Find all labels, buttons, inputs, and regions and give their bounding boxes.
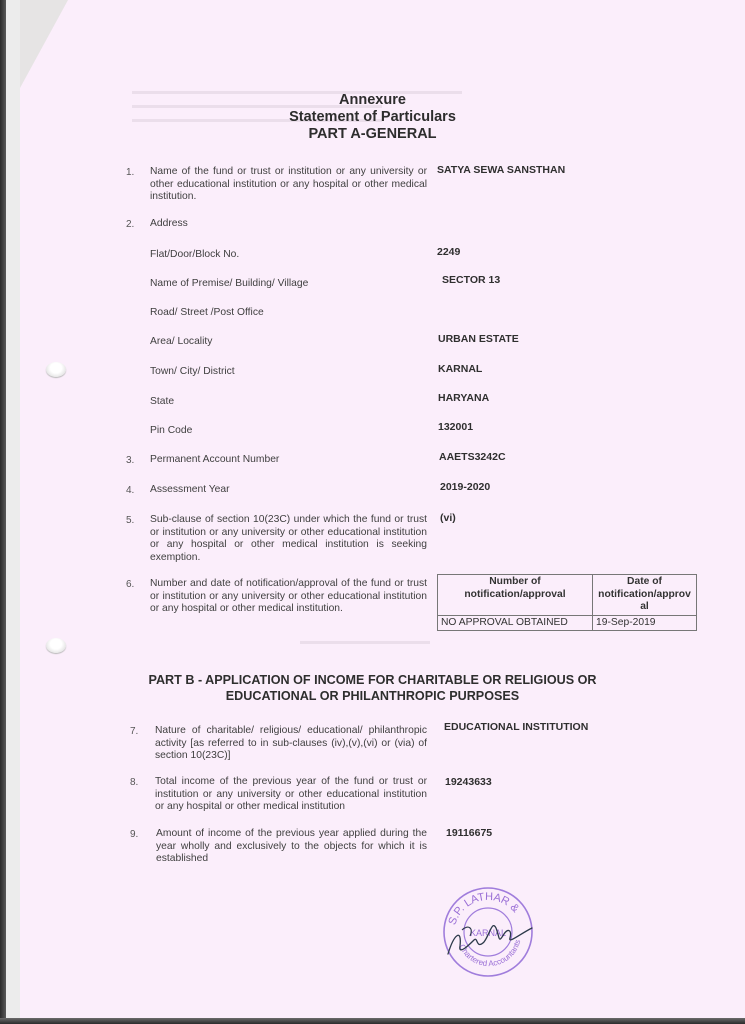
item-number: 5. [126,515,134,526]
item-number: 9. [130,829,138,840]
item-number: 1. [126,167,134,178]
value-total-income: 19243633 [445,776,492,788]
item-label-pan: Permanent Account Number [150,454,427,467]
part-b-title-line2: EDUCATIONAL OR PHILANTHROPIC PURPOSES [0,688,745,704]
address-value-pin: 132001 [438,421,473,433]
item-label-total-income: Total income of the previous year of the… [155,776,427,814]
punch-hole-icon [46,362,66,377]
value-pan: AAETS3242C [439,451,506,463]
address-label-flat: Flat/Door/Block No. [150,249,427,262]
table-cell-number: NO APPROVAL OBTAINED [438,615,593,631]
item-number: 3. [126,455,134,466]
statement-title: Statement of Particulars [0,109,745,125]
value-nature-of-activity: EDUCATIONAL INSTITUTION [444,721,588,733]
address-value-flat: 2249 [437,246,460,258]
address-label-state: State [150,396,427,409]
item-number: 6. [126,579,134,590]
item-number: 4. [126,485,134,496]
svg-text:KARNAL: KARNAL [470,928,506,938]
table-header-date: Date of notification/approv al [593,575,697,616]
value-fund-name: SATYA SEWA SANSTHAN [437,164,565,176]
annexure-title: Annexure [0,92,745,108]
scanner-bottom-edge [0,1018,745,1024]
punch-hole-icon [46,638,66,653]
item-label-assessment-year: Assessment Year [150,484,427,497]
address-value-town: KARNAL [438,363,482,375]
item-label-address: Address [150,218,427,231]
item-label-sub-clause: Sub-clause of section 10(23C) under whic… [150,514,427,564]
scanner-left-strip [6,0,20,1024]
part-b-title: PART B - APPLICATION OF INCOME FOR CHARI… [0,672,745,704]
ca-stamp: S.P. LATHAR & KARNAL Chartered Accountan… [440,884,536,980]
address-label-town: Town/ City/ District [150,366,427,379]
item-label-fund-name: Name of the fund or trust or institution… [150,166,427,204]
item-label-nature-of-activity: Nature of charitable/ religious/ educati… [155,725,427,763]
address-value-area: URBAN ESTATE [438,333,519,345]
value-assessment-year: 2019-2020 [440,481,490,493]
item-label-notification: Number and date of notification/approval… [150,578,427,616]
notification-table: Number of notification/approval Date of … [437,574,697,631]
table-row: NO APPROVAL OBTAINED 19-Sep-2019 [438,615,697,631]
item-number: 7. [130,726,138,737]
value-income-applied: 19116675 [446,827,492,839]
item-label-income-applied: Amount of income of the previous year ap… [156,828,427,866]
address-label-road: Road/ Street /Post Office [150,307,427,320]
bleed-through-text: ▬▬▬▬▬▬▬▬▬▬▬▬▬ [300,636,430,648]
address-value-premise: SECTOR 13 [442,274,500,286]
address-label-premise: Name of Premise/ Building/ Village [150,278,427,291]
table-header-number: Number of notification/approval [438,575,593,616]
address-label-area: Area/ Locality [150,336,427,349]
part-a-title: PART A-GENERAL [0,126,745,142]
table-cell-date: 19-Sep-2019 [593,615,697,631]
stamp-seal-icon: S.P. LATHAR & KARNAL Chartered Accountan… [440,884,536,980]
part-b-title-line1: PART B - APPLICATION OF INCOME FOR CHARI… [0,672,745,688]
item-number: 8. [130,777,138,788]
address-label-pin: Pin Code [150,425,427,438]
page-fold-corner [20,0,68,88]
address-value-state: HARYANA [438,392,489,404]
item-number: 2. [126,219,134,230]
value-sub-clause: (vi) [440,512,456,524]
